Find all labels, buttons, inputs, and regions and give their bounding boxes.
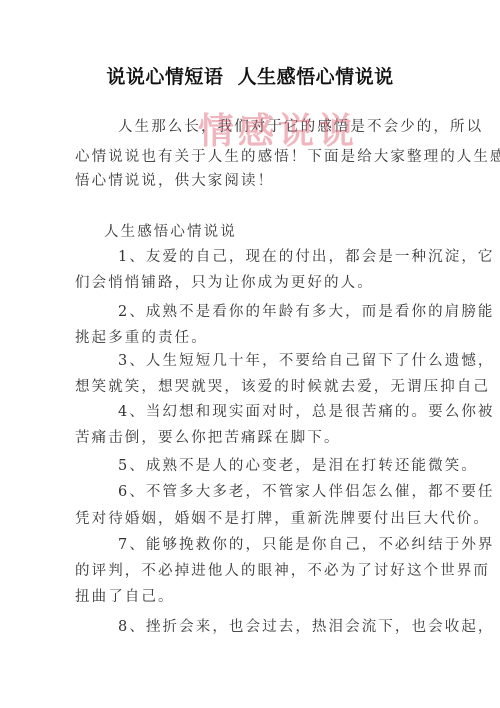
- intro-line-2: 心情说说也有关于人生的感悟！下面是给大家整理的人生感: [75, 148, 500, 166]
- item-2-line-1: 2、成熟不是看你的年龄有多大，而是看你的肩膀能: [118, 303, 495, 321]
- intro-line-1: 人生那么长，我们对于它的感悟是不会少的，所以: [118, 118, 483, 136]
- item-7-line-2: 的评判，不必掉进他人的眼神，不必为了讨好这个世界而: [75, 562, 490, 580]
- item-4-line-2: 苦痛击倒，要么你把苦痛踩在脚下。: [75, 429, 341, 447]
- item-5-line-1: 5、成熟不是人的心变老，是泪在打转还能微笑。: [118, 457, 478, 475]
- item-7-line-1: 7、能够挽救你的，只能是你自己，不必纠结于外界: [118, 536, 495, 554]
- item-1-line-2: 们会悄悄铺路，只为让你成为更好的人。: [75, 274, 374, 292]
- document-title: 说说心情短语 人生感悟心情说说: [0, 62, 500, 89]
- item-6-line-1: 6、不管多大多老，不管家人伴侣怎么催，都不要任: [118, 483, 495, 501]
- item-8-line-1: 8、挫折会来，也会过去，热泪会流下，也会收起，: [118, 618, 495, 636]
- item-7-line-3: 扭曲了自己。: [75, 588, 175, 606]
- item-3-line-1: 3、人生短短几十年，不要给自己留下了什么遗憾，: [118, 352, 495, 370]
- item-1-line-1: 1、友爱的自己，现在的付出，都会是一种沉淀，它: [118, 248, 495, 266]
- item-4-line-1: 4、当幻想和现实面对时，总是很苦痛的。要么你被: [118, 403, 495, 421]
- intro-line-3: 悟心情说说，供大家阅读！: [75, 172, 274, 190]
- item-3-line-2: 想笑就笑，想哭就哭，该爱的时候就去爱，无谓压抑自己: [75, 378, 490, 396]
- item-6-line-2: 凭对待婚姻，婚姻不是打牌，重新洗牌要付出巨大代价。: [75, 510, 490, 528]
- item-2-line-2: 挑起多重的责任。: [75, 329, 208, 347]
- section-heading: 人生感悟心情说说: [104, 223, 237, 241]
- document-page: 说说心情短语 人生感悟心情说说 人生那么长，我们对于它的感悟是不会少的，所以 心…: [0, 0, 500, 708]
